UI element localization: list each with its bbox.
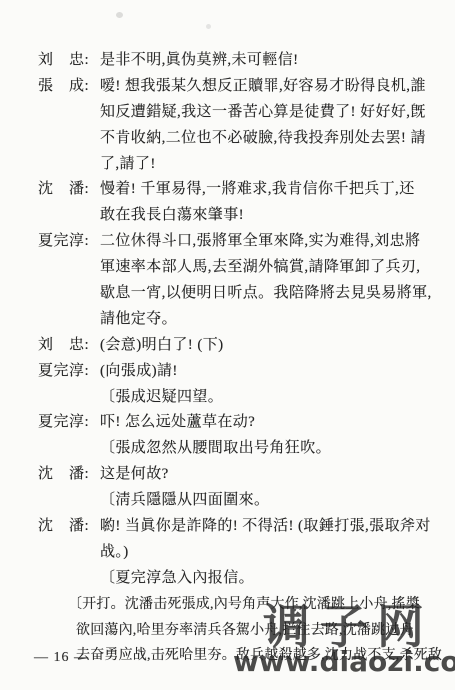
speaker-name: 刘 忠:: [38, 333, 100, 359]
scanned-script-page: 刘 忠:是非不明,眞伪莫辨,未可輕信!張 成:嗳! 想我張某久想反正贖罪,好容易…: [0, 0, 455, 690]
dialogue-text: 軍速率本部人馬,去至湖外犒賞,請降軍卸了兵刃,: [100, 255, 455, 281]
script-line: 歇息一宵,以便明日听点。我陪降將去見吳易將軍,: [38, 281, 455, 307]
script-line: 夏完淳:吓! 怎么远处蘆草在动?: [38, 410, 455, 436]
dialogue-text: 慢着! 千軍易得,一將难求,我肯信你千把兵丁,还: [100, 177, 455, 203]
speaker-name: 沈 潘:: [38, 514, 100, 540]
stage-direction-text: 〔开打。沈潘击死張成,內号角声大作,沈潘跳上小舟,搖槳: [68, 592, 455, 618]
dialogue-text: 这是何故?: [100, 462, 455, 488]
stage-direction-text: 〔夏完淳急入內报信。: [100, 566, 455, 592]
script-line: 沈 潘:慢着! 千軍易得,一將难求,我肯信你千把兵丁,还: [38, 177, 455, 203]
dialogue-text: (会意)明白了! (下): [100, 333, 455, 359]
dialogue-text: 喲! 当眞你是詐降的! 不得活! (取錘打張,張取斧对: [100, 514, 455, 540]
dialogue-text: 知反遭錯疑,我这一番苦心算是徒費了! 好好好,旣: [100, 100, 455, 126]
dialogue-text: 了,請了!: [100, 152, 455, 178]
script-line: 〔張成迟疑四望。: [38, 385, 455, 411]
scan-speck: [206, 24, 211, 29]
script-line: 夏完淳:二位休得斗口,張將軍全軍來降,实为难得,刘忠將: [38, 229, 455, 255]
dialogue-text: 二位休得斗口,張將軍全軍來降,实为难得,刘忠將: [100, 229, 455, 255]
dialogue-text: 嗳! 想我張某久想反正贖罪,好容易才盼得良机,誰: [100, 74, 455, 100]
script-line: 〔开打。沈潘击死張成,內号角声大作,沈潘跳上小舟,搖槳: [68, 592, 455, 618]
speaker-name: 夏完淳:: [38, 410, 100, 436]
speaker-name: 張 成:: [38, 74, 100, 100]
stage-direction-text: 〔張成忽然从腰間取出号角狂吹。: [100, 436, 455, 462]
dialogue-text: 是非不明,眞伪莫辨,未可輕信!: [100, 48, 455, 74]
script-line: 不肯收納,二位也不必破臉,待我投奔別处去罢! 請: [38, 126, 455, 152]
speaker-name: 沈 潘:: [38, 462, 100, 488]
dialogue-text: 敢在我長白蕩來肇事!: [100, 203, 455, 229]
dialogue-text: 請他定夺。: [100, 307, 455, 333]
dialogue-text: (向張成)請!: [100, 359, 455, 385]
script-line: 刘 忠:(会意)明白了! (下): [38, 333, 455, 359]
script-line: 〔淸兵隱隱从四面圍來。: [38, 488, 455, 514]
script-line: 知反遭錯疑,我这一番苦心算是徒費了! 好好好,旣: [38, 100, 455, 126]
page-number: — 16 —: [34, 650, 89, 666]
script-line: 沈 潘:喲! 当眞你是詐降的! 不得活! (取錘打張,張取斧对: [38, 514, 455, 540]
script-line: 欲回蕩內,哈里夯率淸兵各駕小舟,拦住去路,沈潘跳过舟: [76, 618, 455, 644]
scan-speck: [116, 12, 123, 18]
script-line: 張 成:嗳! 想我張某久想反正贖罪,好容易才盼得良机,誰: [38, 74, 455, 100]
dialogue-text: 不肯收納,二位也不必破臉,待我投奔別处去罢! 請: [100, 126, 455, 152]
stage-direction-text: 〔張成迟疑四望。: [100, 385, 455, 411]
script-line: 請他定夺。: [38, 307, 455, 333]
script-line: 刘 忠:是非不明,眞伪莫辨,未可輕信!: [38, 48, 455, 74]
script-line: 了,請了!: [38, 152, 455, 178]
script-line: 夏完淳:(向張成)請!: [38, 359, 455, 385]
speaker-name: 沈 潘:: [38, 177, 100, 203]
script-line: 沈 潘:这是何故?: [38, 462, 455, 488]
dialogue-text: 歇息一宵,以便明日听点。我陪降將去見吳易將軍,: [100, 281, 455, 307]
stage-direction-text: 〔淸兵隱隱从四面圍來。: [100, 488, 455, 514]
speaker-name: 夏完淳:: [38, 359, 100, 385]
script-line: 軍速率本部人馬,去至湖外犒賞,請降軍卸了兵刃,: [38, 255, 455, 281]
speaker-name: 夏完淳:: [38, 229, 100, 255]
script-line: 战。): [38, 540, 455, 566]
script-line: 去奋勇应战,击死哈里夯。敌兵越殺越多,沈力战不支,杀死敌: [76, 643, 455, 669]
script-line: 〔張成忽然从腰間取出号角狂吹。: [38, 436, 455, 462]
script-line: 〔夏完淳急入內报信。: [38, 566, 455, 592]
dialogue-text: 吓! 怎么远处蘆草在动?: [100, 410, 455, 436]
script-text-block: 刘 忠:是非不明,眞伪莫辨,未可輕信!張 成:嗳! 想我張某久想反正贖罪,好容易…: [0, 48, 455, 669]
dialogue-text: 欲回蕩內,哈里夯率淸兵各駕小舟,拦住去路,沈潘跳过舟: [76, 618, 455, 644]
speaker-name: 刘 忠:: [38, 48, 100, 74]
dialogue-text: 去奋勇应战,击死哈里夯。敌兵越殺越多,沈力战不支,杀死敌: [76, 643, 455, 669]
script-line: 敢在我長白蕩來肇事!: [38, 203, 455, 229]
dialogue-text: 战。): [100, 540, 455, 566]
